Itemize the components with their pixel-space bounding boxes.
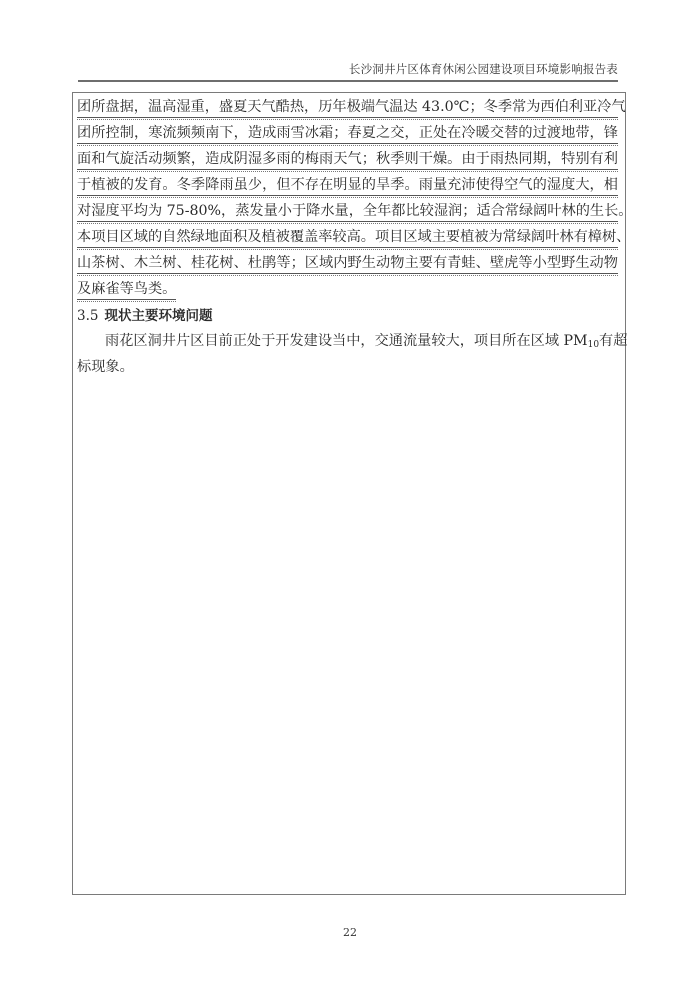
pm-subscript: 10: [588, 340, 599, 350]
page-header: 长沙洞井片区体育休闲公园建设项目环境影响报告表: [78, 58, 618, 82]
page-number: 22: [0, 926, 700, 939]
report-title: 长沙洞井片区体育休闲公园建设项目环境影响报告表: [349, 61, 618, 77]
climate-text-line-2: 团所控制，寒流频频南下，造成雨雪冰霜；春夏之交，正处在冷暖交替的过渡地带，锋: [77, 123, 618, 144]
section-heading-3-5: 3.5现状主要环境问题: [77, 306, 212, 326]
climate-text-line-7: 山茶树、木兰树、桂花树、杜鹃等；区域内野生动物主要有青蛙、壁虎等小型野生动物: [77, 253, 618, 274]
climate-text-line-8: 及麻雀等鸟类。: [77, 279, 176, 300]
content-table-cell: 团所盘据，温高湿重，盛夏天气酷热，历年极端气温达 43.0℃；冬季常为西伯利亚冷…: [72, 92, 626, 895]
section-3-5-text-after-sub: 有超: [599, 333, 627, 349]
climate-text-line-5: 对湿度平均为 75-80%，蒸发量小于降水量，全年都比较湿润；适合常绿阔叶林的生…: [77, 201, 618, 222]
section-title: 现状主要环境问题: [104, 308, 212, 324]
section-number: 3.5: [77, 308, 98, 324]
section-3-5-text-line-2: 标现象。: [77, 357, 134, 377]
climate-text-line-3: 面和气旋活动频繁，造成阴湿多雨的梅雨天气；秋季则干燥。由于雨热同期，特别有利: [77, 149, 618, 170]
climate-text-line-1: 团所盘据，温高湿重，盛夏天气酷热，历年极端气温达 43.0℃；冬季常为西伯利亚冷…: [77, 97, 618, 118]
climate-text-line-4: 于植被的发育。冬季降雨虽少，但不存在明显的旱季。雨量充沛使得空气的湿度大，相: [77, 175, 618, 196]
section-3-5-text-line-1: 雨花区洞井片区目前正处于开发建设当中，交通流量较大，项目所在区域 PM10有超: [77, 331, 618, 355]
climate-text-line-6: 本项目区域的自然绿地面积及植被覆盖率较高。项目区域主要植被为常绿阔叶林有樟树、: [77, 227, 618, 248]
section-3-5-text-before-sub: 雨花区洞井片区目前正处于开发建设当中，交通流量较大，项目所在区域 PM: [105, 333, 588, 349]
